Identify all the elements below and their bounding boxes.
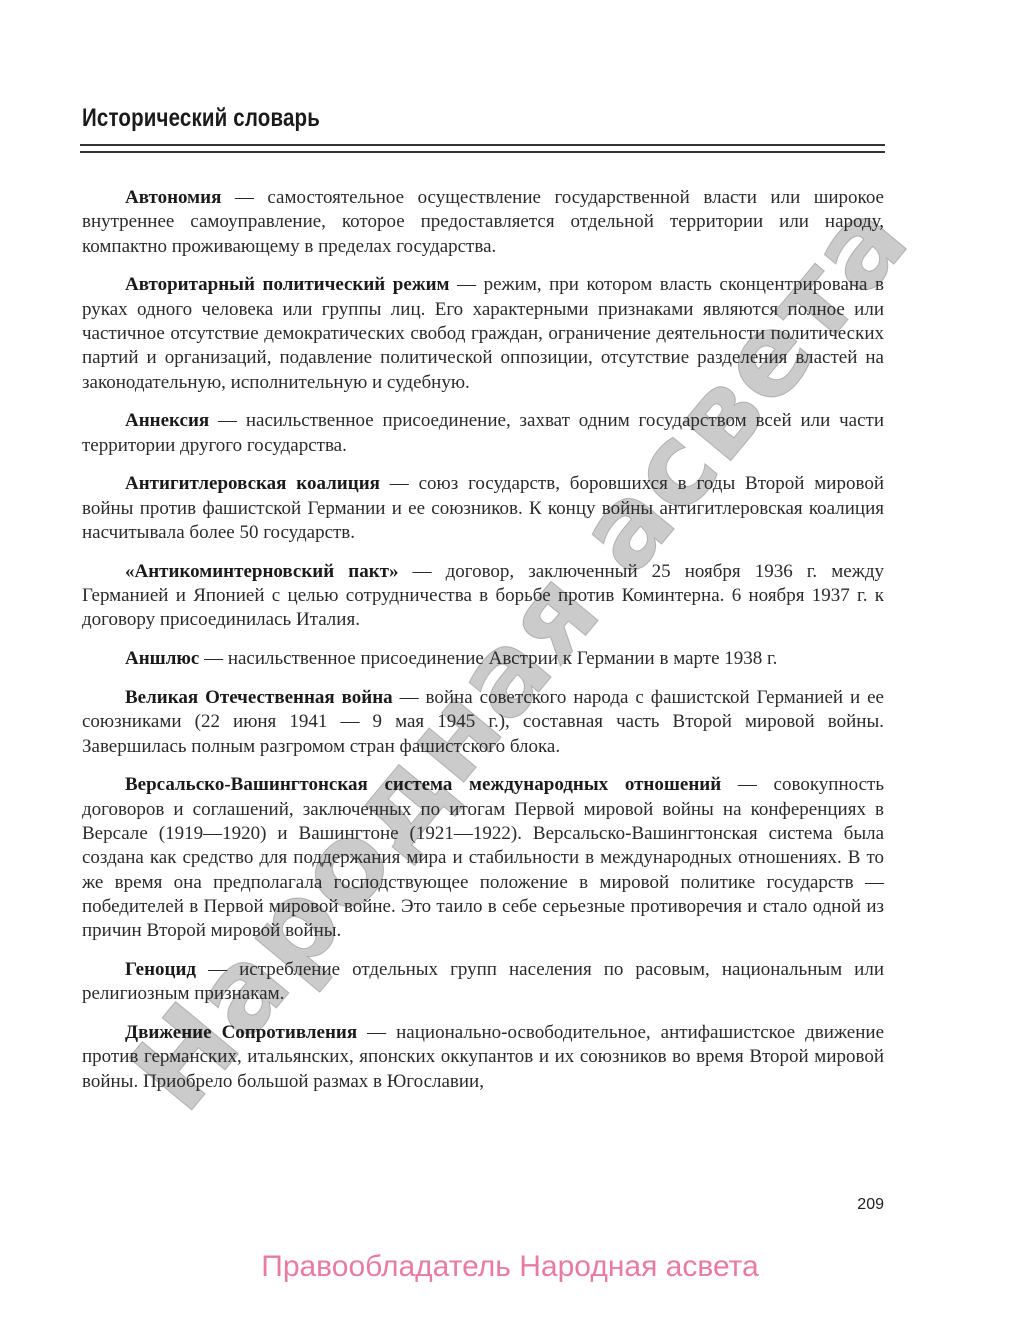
entry-term: Геноцид — [125, 959, 196, 980]
page-number: 209 — [857, 1196, 884, 1214]
entry-definition: — совокупность договоров и соглашений, з… — [82, 774, 884, 941]
dictionary-entry: Авторитарный политический режим — режим,… — [82, 273, 884, 394]
dictionary-entry: Аншлюс — насильственное присоединение Ав… — [82, 647, 884, 671]
document-page: Народная асвета Исторический словарь Авт… — [0, 0, 1020, 1329]
entry-term: Автономия — [125, 187, 221, 208]
entry-term: Антигитлеровская коалиция — [125, 473, 380, 494]
dictionary-entry: Движение Сопротивления — национально-осв… — [82, 1021, 884, 1094]
dictionary-entry: Великая Отечественная война — война сове… — [82, 686, 884, 759]
dictionary-entry: Автономия — самостоятельное осуществлени… — [82, 186, 884, 259]
entry-definition: — насильственное присоединение Австрии к… — [199, 648, 777, 669]
dictionary-entries: Автономия — самостоятельное осуществлени… — [82, 186, 884, 1109]
dictionary-entry: «Антикоминтерновский пакт» — договор, за… — [82, 560, 884, 633]
page-title: Исторический словарь — [82, 104, 320, 133]
copyright-footer: Правообладатель Народная асвета — [0, 1250, 1020, 1284]
header-rule-bottom — [80, 151, 885, 153]
entry-definition: — истребление отдельных групп населения … — [82, 959, 884, 1004]
dictionary-entry: Аннексия — насильственное присоединение,… — [82, 409, 884, 458]
dictionary-entry: Геноцид — истребление отдельных групп на… — [82, 958, 884, 1007]
entry-term: Авторитарный политический режим — [125, 274, 449, 295]
dictionary-entry: Антигитлеровская коалиция — союз государ… — [82, 472, 884, 545]
entry-term: Версальско-Вашингтонская система междуна… — [125, 774, 721, 795]
dictionary-entry: Версальско-Вашингтонская система междуна… — [82, 773, 884, 943]
header-rule-top — [80, 144, 885, 146]
entry-term: Аншлюс — [125, 648, 199, 669]
entry-term: Движение Сопротивления — [125, 1022, 357, 1043]
entry-term: Великая Отечественная война — [125, 687, 393, 708]
entry-term: Аннексия — [125, 410, 209, 431]
entry-term: «Антикоминтерновский пакт» — [125, 561, 398, 582]
